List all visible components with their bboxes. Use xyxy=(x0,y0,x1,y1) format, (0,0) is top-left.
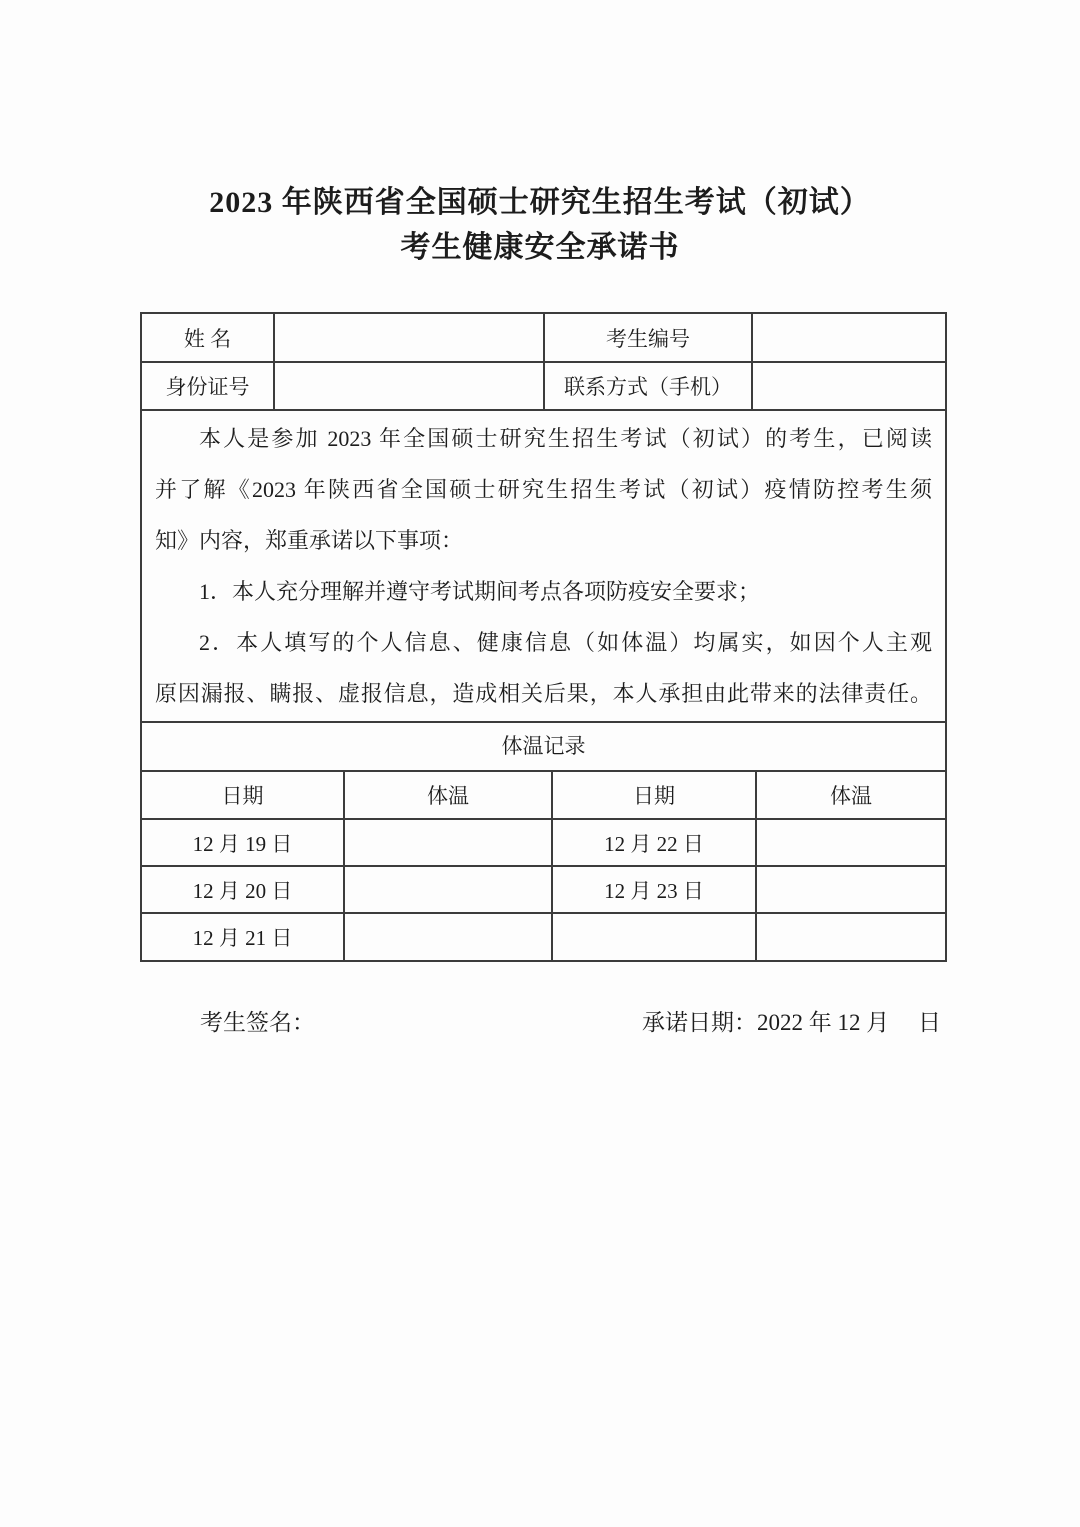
name-label: 姓 名 xyxy=(142,314,274,362)
title-line-2: 考生健康安全承诺书 xyxy=(0,225,1080,270)
temperature-input-cell[interactable] xyxy=(344,913,552,960)
id-number-input-cell[interactable] xyxy=(274,362,544,410)
pledge-item-1: 1．本人充分理解并遵守考试期间考点各项防疫安全要求； xyxy=(155,566,932,617)
table-row: 12 月 19 日 12 月 22 日 xyxy=(142,819,945,866)
date-cell xyxy=(552,913,756,960)
temp-column-header: 体温 xyxy=(756,772,945,819)
signature-label: 考生签名： xyxy=(200,1008,315,1038)
temperature-record-table: 日期 体温 日期 体温 12 月 19 日 12 月 22 日 12 月 20 … xyxy=(142,772,945,960)
candidate-no-label: 考生编号 xyxy=(544,314,752,362)
signature-blank[interactable] xyxy=(315,1002,435,1030)
pledge-line: 本人是参加 2023 年全国硕士研究生招生考试（初试）的考生，已阅读 xyxy=(155,413,932,464)
date-column-header: 日期 xyxy=(142,772,344,819)
candidate-no-input-cell[interactable] xyxy=(752,314,945,362)
temperature-record-title: 体温记录 xyxy=(142,723,945,772)
table-row: 12 月 20 日 12 月 23 日 xyxy=(142,866,945,913)
date-cell: 12 月 23 日 xyxy=(552,866,756,913)
title-line-1: 2023 年陕西省全国硕士研究生招生考试（初试） xyxy=(0,180,1080,225)
document-title: 2023 年陕西省全国硕士研究生招生考试（初试） 考生健康安全承诺书 xyxy=(0,0,1080,270)
temperature-input-cell[interactable] xyxy=(756,913,945,960)
temperature-input-cell[interactable] xyxy=(756,866,945,913)
temperature-input-cell[interactable] xyxy=(756,819,945,866)
pledge-line: 知》内容，郑重承诺以下事项： xyxy=(155,515,932,566)
date-cell: 12 月 22 日 xyxy=(552,819,756,866)
date-cell: 12 月 21 日 xyxy=(142,913,344,960)
candidate-info-table: 姓 名 考生编号 身份证号 联系方式（手机） xyxy=(142,314,945,411)
temperature-input-cell[interactable] xyxy=(344,866,552,913)
id-number-label: 身份证号 xyxy=(142,362,274,410)
commit-date-label: 承诺日期：2022 年 12 月 日 xyxy=(642,1008,941,1038)
signature-area: 考生签名： xyxy=(200,1002,435,1038)
pledge-item-2-line: 原因漏报、瞒报、虚报信息，造成相关后果，本人承担由此带来的法律责任。 xyxy=(155,668,932,719)
temp-column-header: 体温 xyxy=(344,772,552,819)
phone-input-cell[interactable] xyxy=(752,362,945,410)
pledge-paragraph: 本人是参加 2023 年全国硕士研究生招生考试（初试）的考生，已阅读 并了解《2… xyxy=(142,411,945,723)
table-row: 12 月 21 日 xyxy=(142,913,945,960)
table-row: 姓 名 考生编号 xyxy=(142,314,945,362)
table-header-row: 日期 体温 日期 体温 xyxy=(142,772,945,819)
date-cell: 12 月 19 日 xyxy=(142,819,344,866)
pledge-item-2-line: 2．本人填写的个人信息、健康信息（如体温）均属实，如因个人主观 xyxy=(155,617,932,668)
document-page: 2023 年陕西省全国硕士研究生招生考试（初试） 考生健康安全承诺书 姓 名 考… xyxy=(0,0,1080,1527)
commitment-form-table: 姓 名 考生编号 身份证号 联系方式（手机） 本人是参加 2023 年全国硕士研… xyxy=(140,312,947,962)
date-cell: 12 月 20 日 xyxy=(142,866,344,913)
table-row: 身份证号 联系方式（手机） xyxy=(142,362,945,410)
phone-label: 联系方式（手机） xyxy=(544,362,752,410)
name-input-cell[interactable] xyxy=(274,314,544,362)
pledge-line: 并了解《2023 年陕西省全国硕士研究生招生考试（初试）疫情防控考生须 xyxy=(155,464,932,515)
date-column-header: 日期 xyxy=(552,772,756,819)
temperature-input-cell[interactable] xyxy=(344,819,552,866)
footer-line: 考生签名： 承诺日期：2022 年 12 月 日 xyxy=(140,1002,947,1038)
